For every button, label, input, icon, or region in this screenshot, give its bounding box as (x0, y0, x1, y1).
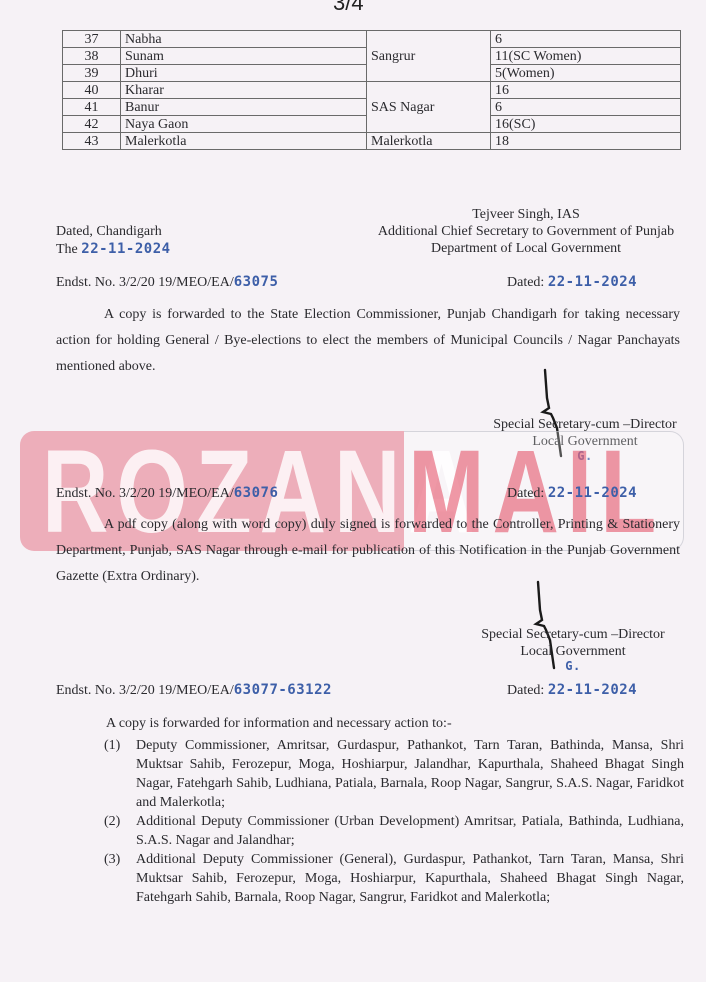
endorsement-date: Dated: 22-11-2024 (507, 682, 637, 699)
initials: G. (485, 450, 685, 462)
municipality-name: Dhuri (121, 65, 367, 82)
initials: G. (473, 660, 673, 672)
municipality-name: Sunam (121, 48, 367, 65)
issue-date-handwritten: 22-11-2024 (81, 241, 170, 257)
endorsement-date-handwritten: 22-11-2024 (548, 274, 637, 290)
table-row: 43 Malerkotla Malerkotla 18 (63, 133, 681, 150)
endorsement-body: A copy is forwarded to the State Electio… (56, 302, 680, 380)
signatory-name: Tejveer Singh, IAS (370, 206, 682, 223)
dated-label: Dated: (507, 486, 544, 501)
serial-number: 37 (63, 31, 121, 48)
endorsement-body-text: A copy is forwarded to the State Electio… (56, 307, 680, 374)
list-item-number: (1) (104, 736, 120, 755)
dated-label: Dated: (507, 683, 544, 698)
list-item: (2) Additional Deputy Commissioner (Urba… (104, 812, 684, 850)
list-item: (1) Deputy Commissioner, Amritsar, Gurda… (104, 736, 684, 812)
municipality-name: Nabha (121, 31, 367, 48)
signer-department: Local Government (485, 433, 685, 450)
signer-department: Local Government (473, 643, 673, 660)
municipality-name: Naya Gaon (121, 116, 367, 133)
serial-number: 42 (63, 116, 121, 133)
table-row: 37 Nabha Sangrur 6 (63, 31, 681, 48)
signatory-department: Department of Local Government (370, 240, 682, 257)
signatory-title: Additional Chief Secretary to Government… (370, 223, 682, 240)
endorsement-body: A pdf copy (along with word copy) duly s… (56, 512, 680, 590)
endorsement-number-handwritten: 63076 (234, 485, 279, 501)
date-prefix: The (56, 242, 78, 257)
list-item: (3) Additional Deputy Commissioner (Gene… (104, 850, 684, 907)
list-item-number: (3) (104, 850, 120, 869)
list-item-number: (2) (104, 812, 120, 831)
dated-place: Dated, Chandigarh (56, 224, 162, 240)
endorsement-number-handwritten: 63075 (234, 274, 279, 290)
serial-number: 38 (63, 48, 121, 65)
endorsement-signer: Special Secretary-cum –Director Local Go… (473, 626, 673, 672)
dated-label: Dated: (507, 275, 544, 290)
page-number: 3/4 (333, 0, 364, 16)
endorsement-number: Endst. No. 3/2/20 19/MEO/EA/63076 (56, 485, 278, 502)
endorsement-number: Endst. No. 3/2/20 19/MEO/EA/63075 (56, 274, 278, 291)
wards-table: 37 Nabha Sangrur 6 38 Sunam 11(SC Women)… (62, 30, 681, 150)
district-name: Sangrur (367, 31, 491, 82)
list-item-text: Additional Deputy Commissioner (General)… (136, 852, 684, 905)
ward-number: 16 (491, 82, 681, 99)
endorsement-number-prefix: Endst. No. 3/2/20 19/MEO/EA/ (56, 683, 234, 698)
recipient-list: (1) Deputy Commissioner, Amritsar, Gurda… (104, 736, 684, 907)
endorsement-body: A copy is forwarded for information and … (106, 716, 452, 732)
endorsement-number: Endst. No. 3/2/20 19/MEO/EA/63077-63122 (56, 682, 332, 699)
endorsement-date-handwritten: 22-11-2024 (548, 682, 637, 698)
ward-number: 11(SC Women) (491, 48, 681, 65)
endorsement-body-text: A pdf copy (along with word copy) duly s… (56, 517, 680, 584)
issue-date-line: The 22-11-2024 (56, 241, 171, 258)
table-row: 40 Kharar SAS Nagar 16 (63, 82, 681, 99)
district-name: SAS Nagar (367, 82, 491, 133)
list-item-text: Deputy Commissioner, Amritsar, Gurdaspur… (136, 738, 684, 810)
endorsement-number-prefix: Endst. No. 3/2/20 19/MEO/EA/ (56, 275, 234, 290)
district-name: Malerkotla (367, 133, 491, 150)
endorsement-number-prefix: Endst. No. 3/2/20 19/MEO/EA/ (56, 486, 234, 501)
endorsement-date: Dated: 22-11-2024 (507, 485, 637, 502)
serial-number: 43 (63, 133, 121, 150)
endorsement-date-handwritten: 22-11-2024 (548, 485, 637, 501)
ward-number: 6 (491, 99, 681, 116)
serial-number: 39 (63, 65, 121, 82)
list-item-text: Additional Deputy Commissioner (Urban De… (136, 814, 684, 848)
ward-number: 6 (491, 31, 681, 48)
serial-number: 41 (63, 99, 121, 116)
endorsement-date: Dated: 22-11-2024 (507, 274, 637, 291)
issuer-signature-block: Tejveer Singh, IAS Additional Chief Secr… (370, 206, 682, 257)
endorsement-number-handwritten: 63077-63122 (234, 682, 332, 698)
municipality-name: Banur (121, 99, 367, 116)
signer-title: Special Secretary-cum –Director (485, 416, 685, 433)
signer-title: Special Secretary-cum –Director (473, 626, 673, 643)
serial-number: 40 (63, 82, 121, 99)
municipality-name: Malerkotla (121, 133, 367, 150)
endorsement-signer: Special Secretary-cum –Director Local Go… (485, 416, 685, 462)
municipality-name: Kharar (121, 82, 367, 99)
ward-number: 18 (491, 133, 681, 150)
ward-number: 16(SC) (491, 116, 681, 133)
ward-number: 5(Women) (491, 65, 681, 82)
